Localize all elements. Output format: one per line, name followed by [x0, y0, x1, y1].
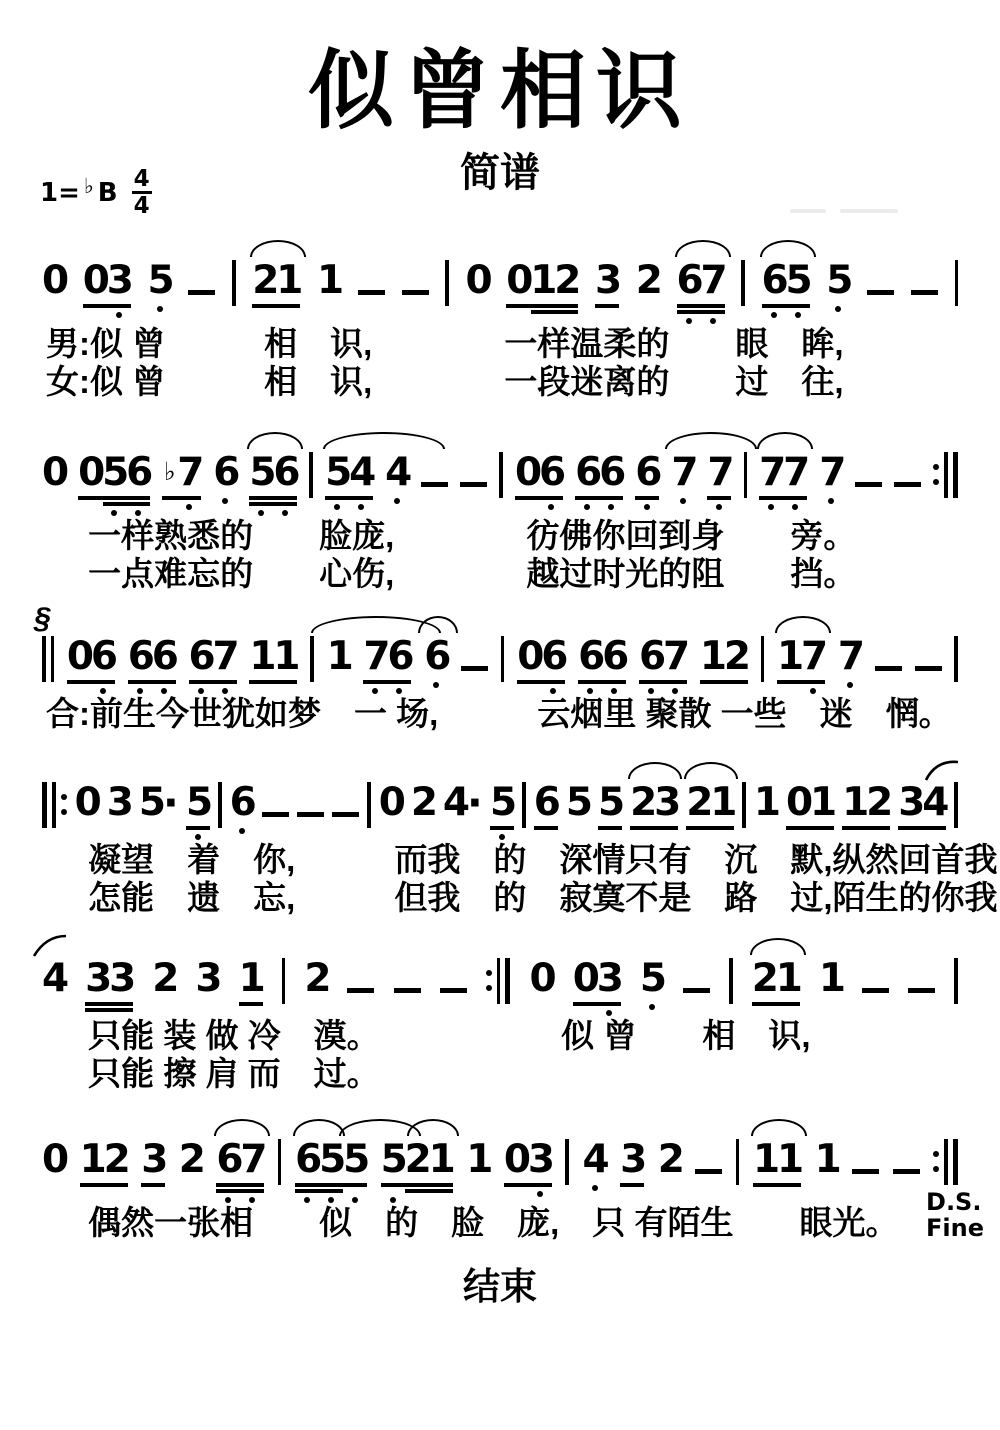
note-digit: 5	[343, 1139, 367, 1181]
note-digit: 7	[838, 636, 862, 678]
bar-rule	[445, 260, 449, 306]
beam-line	[490, 826, 514, 830]
note-token: 3	[195, 958, 219, 1000]
octave-dot-cell	[663, 688, 687, 695]
note-digit: 5	[249, 452, 273, 494]
duration-dash	[695, 1139, 722, 1185]
barline	[954, 636, 958, 682]
barline	[954, 782, 958, 828]
note-digits: 67	[216, 1139, 264, 1181]
repeat-dot	[486, 985, 492, 991]
bar-rule	[52, 782, 56, 828]
octave-dot-cell	[786, 312, 810, 319]
beam-line	[128, 680, 176, 684]
note-token: 1	[466, 1139, 490, 1181]
duration-dash	[852, 1139, 879, 1185]
note-digit: 7	[801, 636, 825, 678]
low-octave-dot	[390, 1197, 396, 1203]
note-digit: 6	[91, 636, 115, 678]
low-octave-dot	[716, 504, 722, 510]
note-digits: 0	[466, 260, 490, 302]
note-digits: 21	[686, 782, 734, 824]
note-digits: 5	[148, 260, 172, 302]
note-token: 4·	[443, 782, 482, 824]
dash-rule	[893, 1169, 920, 1174]
note-digit: 1	[429, 1139, 453, 1181]
barline	[744, 452, 748, 498]
low-octave-dot	[550, 688, 556, 694]
beam-line	[630, 826, 678, 830]
bar-rule	[741, 260, 745, 306]
note-digit: 6	[216, 1139, 240, 1181]
note-digit: 3	[654, 782, 678, 824]
low-octave-dot	[396, 688, 402, 694]
score-line-block: 0056♭76565440666677777 一样熟悉的 脸庞, 彷佛你回到身 …	[0, 426, 1000, 593]
note-token: 0	[42, 260, 66, 302]
low-octave-dot	[847, 682, 853, 688]
dash-rule	[875, 666, 902, 671]
note-digits: 3	[141, 1139, 165, 1181]
note-digit: 0	[504, 1139, 528, 1181]
beam-line	[759, 496, 807, 500]
note-digits: 33	[85, 958, 133, 1000]
note-digit: 2	[152, 958, 176, 1000]
beam-line	[686, 826, 734, 830]
note-token: 2	[636, 260, 660, 302]
dash-rule	[460, 482, 487, 487]
beam-line	[639, 680, 687, 684]
note-digit: 1	[777, 1139, 801, 1181]
repeat-dot	[933, 1151, 939, 1157]
octave-dots-row	[78, 510, 150, 517]
note-digit: 0	[42, 1139, 66, 1181]
bar-rule	[367, 782, 371, 828]
note-token: 2	[658, 1139, 682, 1181]
low-octave-dot	[548, 504, 554, 510]
note-digits: ♭7	[162, 452, 201, 494]
note-token: 012	[506, 260, 578, 314]
octave-dot-cell	[819, 498, 843, 505]
note-token: 11	[753, 1139, 801, 1187]
repeat-dot	[61, 809, 67, 815]
note-digit: 3	[141, 1139, 165, 1181]
note-token: 33	[85, 958, 133, 1012]
note-digit: 5	[148, 260, 172, 302]
octave-dots-row	[819, 498, 843, 505]
note-digit: 3	[898, 782, 922, 824]
note-digit: 6	[541, 636, 565, 678]
note-digit: 1	[700, 636, 724, 678]
octave-dots-row	[162, 504, 201, 511]
note-digits: 6	[424, 636, 448, 678]
augmentation-dot: ·	[467, 782, 482, 824]
octave-dot-cell	[783, 504, 807, 511]
note-token: 6	[213, 452, 237, 505]
note-digits: 5	[640, 958, 664, 1000]
note-digits: 2	[411, 782, 435, 824]
octave-dots-row	[424, 682, 448, 689]
dash-rule	[297, 812, 324, 817]
score-line-block: 035·56024·565523211011234 凝望 着 你, 而我 的 深…	[0, 756, 1000, 917]
low-octave-dot	[499, 834, 505, 840]
beam-line	[381, 1183, 453, 1187]
note-token: 21	[686, 782, 734, 830]
bar-rule	[42, 782, 47, 828]
note-digit: 7	[759, 452, 783, 494]
note-digit: 6	[534, 782, 558, 824]
octave-dot-cell	[424, 682, 448, 689]
beam-line	[573, 1002, 621, 1006]
note-digit: 5	[490, 782, 514, 824]
note-digit: 6	[639, 636, 663, 678]
octave-dot-cell	[83, 312, 107, 319]
octave-dot-cell	[387, 688, 411, 695]
note-token: 521	[381, 1139, 453, 1204]
note-digit: 4	[922, 782, 946, 824]
low-octave-dot	[828, 498, 834, 504]
duration-dash	[894, 452, 921, 498]
octave-dot-cell	[573, 1010, 597, 1017]
slur-arc	[407, 1119, 459, 1136]
note-digits: 6	[213, 452, 237, 494]
bar-rule	[232, 260, 236, 306]
note-token: 6	[424, 636, 448, 689]
repeat-dots	[933, 1151, 939, 1172]
low-octave-dot	[157, 306, 163, 312]
song-title: 似曾相识	[0, 44, 1000, 139]
bar-rule	[954, 958, 958, 1004]
octave-dot-cell	[599, 504, 623, 511]
note-digits: 7	[819, 452, 843, 494]
note-digit: 2	[252, 260, 276, 302]
low-octave-dot	[161, 688, 167, 694]
low-octave-dot	[584, 504, 590, 510]
note-digit: 2	[104, 1139, 128, 1181]
duration-dash	[358, 260, 385, 306]
sheet-music-page: 似曾相识 简谱 1=♭B 4 4 003521100123267655男:似 曾…	[0, 0, 1000, 1430]
note-digit: 7	[671, 452, 695, 494]
repeat-dot	[61, 794, 67, 800]
octave-dots-row	[128, 688, 176, 695]
octave-dots-row	[826, 306, 850, 313]
note-digit: 6	[189, 636, 213, 678]
bar-rule	[944, 1139, 948, 1185]
octave-dot-cell	[583, 1185, 607, 1192]
beam-line	[700, 680, 748, 684]
slur-arc	[293, 1119, 345, 1136]
slur-arc	[665, 432, 757, 449]
note-digit: 5	[786, 260, 810, 302]
note-digit: 0	[515, 452, 539, 494]
note-digit: 6	[152, 636, 176, 678]
note-digits: 1	[327, 636, 351, 678]
duration-dash	[875, 636, 902, 682]
note-digit: 1	[239, 958, 263, 1000]
note-token: 67	[216, 1139, 264, 1204]
note-digit: 7	[177, 452, 201, 494]
barline	[309, 452, 313, 498]
beam-line	[186, 826, 210, 830]
low-octave-dot	[304, 1197, 310, 1203]
octave-dot-cell	[385, 498, 409, 505]
slur-arc	[628, 762, 682, 779]
bar-rule	[944, 452, 948, 498]
note-digits: 06	[67, 636, 115, 678]
note-token: 11	[249, 636, 297, 684]
low-octave-dot	[649, 1004, 655, 1010]
note-digits: 4	[385, 452, 409, 494]
barline	[278, 1139, 282, 1185]
note-digit: 6	[635, 452, 659, 494]
duration-dash	[908, 958, 935, 1004]
note-digits: 0	[75, 782, 99, 824]
note-digit: 1	[80, 1139, 104, 1181]
octave-dot-cell	[677, 318, 701, 325]
bar-rule	[565, 1139, 569, 1185]
note-token: 5·	[139, 782, 178, 824]
slur-arc	[775, 616, 831, 633]
dash-rule	[908, 988, 935, 993]
octave-dot-cell	[363, 688, 387, 695]
note-token: 6	[534, 782, 558, 830]
octave-dot-cell	[162, 504, 177, 511]
note-digit: 3	[109, 958, 133, 1000]
score-line-block: 003521100123267655男:似 曾 相 识, 一样温柔的 眼 眸,女…	[0, 234, 1000, 401]
duration-dash	[855, 452, 882, 498]
note-digit: 1	[753, 1139, 777, 1181]
low-octave-dot	[768, 504, 774, 510]
octave-dot-cell	[762, 312, 786, 319]
low-octave-dot	[592, 1185, 598, 1191]
bar-rule	[954, 782, 958, 828]
tie-out-arc	[924, 758, 960, 782]
dash-rule	[683, 988, 710, 993]
beam-line	[325, 496, 373, 500]
octave-dots-row	[295, 1197, 367, 1204]
note-digit: 5	[319, 1139, 343, 1181]
low-octave-dot	[686, 318, 692, 324]
note-token: 6	[230, 782, 254, 835]
beam-line	[249, 502, 297, 506]
note-digit: 1	[530, 260, 554, 302]
beam-line	[239, 1002, 263, 1006]
beam-line	[898, 826, 946, 830]
barline	[501, 636, 505, 682]
low-octave-dot	[186, 504, 192, 510]
beam-line	[598, 826, 622, 830]
note-digits: 012	[506, 260, 578, 302]
repeat-dot	[933, 479, 939, 485]
low-octave-dot	[644, 504, 650, 510]
note-digit: 0	[83, 260, 107, 302]
beam-line	[842, 826, 890, 830]
duration-dash	[683, 958, 710, 1004]
note-token: 5	[186, 782, 210, 841]
octave-dots-row	[67, 688, 115, 695]
note-digits: 2	[658, 1139, 682, 1181]
octave-dot-cell	[759, 504, 783, 511]
note-token: 2	[152, 958, 176, 1000]
note-digit: 2	[304, 958, 328, 1000]
beam-line	[752, 1002, 800, 1006]
bar-rule	[499, 452, 503, 498]
note-token: 65	[762, 260, 810, 319]
note-digits: 54	[325, 452, 373, 494]
dash-rule	[347, 988, 374, 993]
low-octave-dot	[680, 498, 686, 504]
note-digit: 1	[819, 958, 843, 1000]
note-digit: 1	[249, 636, 273, 678]
note-digit: 6	[295, 1139, 319, 1181]
octave-dot-cell	[515, 504, 539, 511]
note-digit: 5	[826, 260, 850, 302]
note-digit: 7	[213, 636, 237, 678]
octave-dots-row	[189, 688, 237, 695]
octave-dot-cell	[539, 504, 563, 511]
note-digits: 5	[598, 782, 622, 824]
slur-arc	[247, 432, 303, 449]
bar-rule	[310, 636, 314, 682]
note-digit: 1	[317, 260, 341, 302]
key-letter: B	[98, 178, 118, 208]
repeat-dots	[61, 794, 67, 815]
duration-dash	[188, 260, 215, 306]
note-digit: 7	[707, 452, 731, 494]
octave-dot-cell	[777, 688, 801, 695]
bar-rule	[42, 636, 46, 682]
octave-dot-cell	[640, 1004, 664, 1011]
low-octave-dot	[100, 688, 106, 694]
lyrics-row: 一样熟悉的 脸庞, 彷佛你回到身 旁。	[4, 517, 996, 555]
note-digits: 12	[80, 1139, 128, 1181]
octave-dot-cell	[349, 504, 373, 511]
note-digits: 67	[639, 636, 687, 678]
octave-dots-row	[639, 688, 687, 695]
note-digit: 6	[602, 636, 626, 678]
note-digit: 5	[598, 782, 622, 824]
dash-rule	[915, 666, 942, 671]
note-token: 01	[786, 782, 834, 830]
note-digit: 6	[128, 636, 152, 678]
note-digits: 1	[819, 958, 843, 1000]
note-digit: 3	[528, 1139, 552, 1181]
low-octave-dot	[358, 504, 364, 510]
note-digits: 2	[152, 958, 176, 1000]
octave-dot-cell	[273, 510, 297, 517]
octave-dot-cell	[504, 1191, 528, 1198]
fine-label: Fine	[926, 1215, 984, 1241]
octave-dot-cell	[128, 688, 152, 695]
note-digits: 1	[466, 1139, 490, 1181]
note-digits: 65	[762, 260, 810, 302]
low-octave-dot	[137, 688, 143, 694]
octave-dot-cell	[517, 688, 541, 695]
octave-dot-cell	[213, 688, 237, 695]
low-octave-dot	[239, 828, 245, 834]
note-digits: 4	[42, 958, 66, 1000]
note-token: 7	[819, 452, 843, 505]
slur-arc	[250, 240, 306, 257]
note-digits: 3	[620, 1139, 644, 1181]
note-digit: 4	[42, 958, 66, 1000]
barline	[218, 782, 222, 828]
note-digits: 0	[42, 1139, 66, 1181]
note-digit: 6	[126, 452, 150, 494]
duration-dash	[867, 260, 894, 306]
note-digit: 5	[381, 1139, 405, 1181]
octave-dot-cell	[240, 1197, 264, 1204]
note-token: 21	[252, 260, 300, 308]
lyrics-row: 合:前生今世犹如梦 一 场, 云烟里 聚散 一些 迷 惘。	[4, 695, 996, 733]
octave-dot-cell	[189, 688, 213, 695]
low-octave-dot	[198, 688, 204, 694]
beam-line	[578, 680, 626, 684]
note-token: 655	[295, 1139, 367, 1204]
octave-dot-cell	[177, 504, 201, 511]
note-digit: 3	[107, 782, 131, 824]
bar-rule	[761, 636, 765, 682]
note-digit: 2	[752, 958, 776, 1000]
note-digit: 1	[776, 958, 800, 1000]
note-token: 7	[707, 452, 731, 511]
note-token: 5	[640, 958, 664, 1011]
note-token: 23	[630, 782, 678, 830]
note-token: 67	[189, 636, 237, 695]
octave-dots-row	[671, 498, 695, 505]
dash-rule	[894, 482, 921, 487]
note-token: ♭7	[162, 452, 201, 511]
note-digits: 67	[189, 636, 237, 678]
note-digits: 67	[677, 260, 725, 302]
slur-arc	[684, 762, 738, 779]
note-digits: 1	[754, 782, 778, 824]
note-digit: 7	[363, 636, 387, 678]
duration-dash	[911, 260, 938, 306]
note-digits: 2	[179, 1139, 203, 1181]
octave-dots-row	[216, 1197, 264, 1204]
note-digit: 1	[777, 636, 801, 678]
note-token: 12	[700, 636, 748, 684]
low-octave-dot	[282, 510, 288, 516]
octave-dot-cell	[102, 510, 126, 517]
note-digit: 6	[387, 636, 411, 678]
notation-row: 003521100123267655	[4, 234, 996, 325]
octave-dot-cell	[213, 498, 237, 505]
lyrics-row: 怎能 遗 忘, 但我 的 寂寞不是 路 过,陌生的你我	[4, 879, 996, 917]
note-digit: 4	[349, 452, 373, 494]
octave-dots-row	[838, 682, 862, 689]
barline	[522, 782, 526, 828]
low-octave-dot	[116, 312, 122, 318]
octave-dot-cell	[597, 1010, 621, 1017]
beam-line	[189, 680, 237, 684]
ds-label: D.S.	[926, 1189, 984, 1215]
octave-dot-cell	[671, 498, 695, 505]
note-token: 1	[239, 958, 263, 1006]
double-barline	[42, 636, 54, 682]
octave-dot-cell	[635, 504, 659, 511]
bar-rule	[278, 1139, 282, 1185]
beam-line	[707, 496, 731, 500]
low-octave-dot	[135, 510, 141, 516]
octave-dots-row	[230, 828, 254, 835]
note-token: 03	[83, 260, 131, 319]
note-digits: 12	[700, 636, 748, 678]
note-digit: 0	[573, 958, 597, 1000]
octave-dot-cell	[91, 688, 115, 695]
dash-rule	[852, 1169, 879, 1174]
note-digits: 0	[379, 782, 403, 824]
